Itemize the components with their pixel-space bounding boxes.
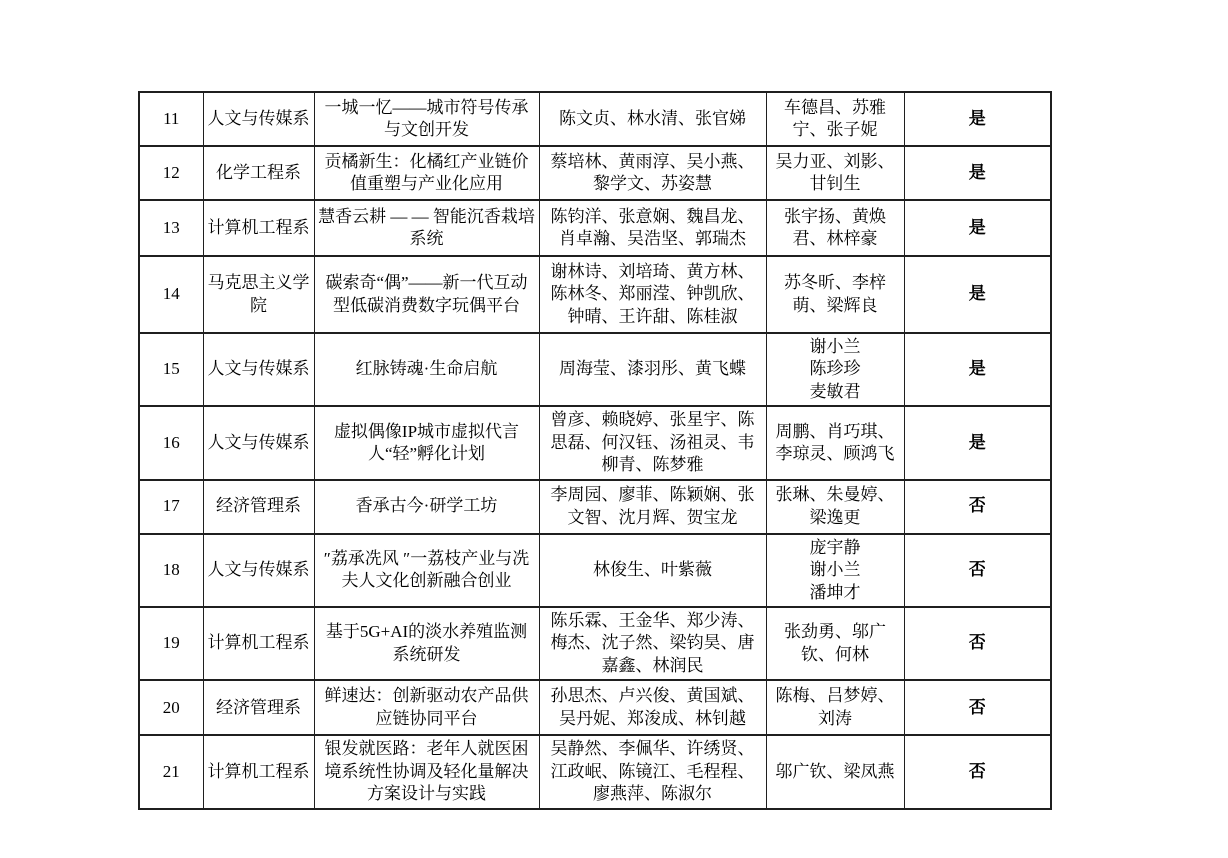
cell-serial: 16 [139, 406, 203, 479]
cell-flag: 否 [904, 480, 1051, 534]
cell-department: 计算机工程系 [203, 607, 314, 680]
cell-members: 蔡培林、黄雨淳、吴小燕、黎学文、苏姿慧 [539, 146, 766, 200]
table-row: 17 经济管理系 香承古今·研学工坊 李周园、廖菲、陈颖娴、张文智、沈月辉、贺宝… [139, 480, 1051, 534]
cell-flag: 否 [904, 735, 1051, 808]
document-page: 11 人文与传媒系 一城一忆——城市符号传承与文创开发 陈文贞、林水清、张官娣 … [0, 0, 1228, 858]
cell-project-title: 鲜速达：创新驱动农产品供应链协同平台 [314, 680, 539, 735]
cell-department: 化学工程系 [203, 146, 314, 200]
cell-members: 林俊生、叶紫薇 [539, 534, 766, 607]
cell-flag: 否 [904, 680, 1051, 735]
cell-project-title: 贡橘新生：化橘红产业链价值重塑与产业化应用 [314, 146, 539, 200]
cell-advisors: 张琳、朱曼婷、梁逸更 [766, 480, 904, 534]
table-row: 14 马克思主义学院 碳索奇“偶”——新一代互动型低碳消费数字玩偶平台 谢林诗、… [139, 256, 1051, 333]
cell-project-title: 虚拟偶像IP城市虚拟代言人“轻”孵化计划 [314, 406, 539, 479]
cell-project-title: 慧香云耕 — — 智能沉香栽培系统 [314, 200, 539, 256]
cell-members: 陈钧洋、张意娴、魏昌龙、肖卓瀚、吴浩坚、郭瑞杰 [539, 200, 766, 256]
cell-department: 人文与传媒系 [203, 333, 314, 406]
cell-project-title: 碳索奇“偶”——新一代互动型低碳消费数字玩偶平台 [314, 256, 539, 333]
cell-department: 人文与传媒系 [203, 406, 314, 479]
cell-flag: 是 [904, 146, 1051, 200]
cell-flag: 是 [904, 256, 1051, 333]
table-row: 18 人文与传媒系 ″荔承冼风 ″一荔枝产业与冼夫人文化创新融合创业 林俊生、叶… [139, 534, 1051, 607]
cell-flag: 否 [904, 607, 1051, 680]
cell-serial: 21 [139, 735, 203, 808]
cell-members: 曾彦、赖晓婷、张星宇、陈思磊、何汉钰、汤祖灵、韦柳青、陈梦雅 [539, 406, 766, 479]
cell-advisors: 周鹏、肖巧琪、李琼灵、顾鸿飞 [766, 406, 904, 479]
cell-flag: 是 [904, 92, 1051, 146]
cell-department: 马克思主义学院 [203, 256, 314, 333]
cell-advisors: 吴力亚、刘影、甘钊生 [766, 146, 904, 200]
cell-advisors: 庞宇静 谢小兰 潘坤才 [766, 534, 904, 607]
cell-members: 陈文贞、林水清、张官娣 [539, 92, 766, 146]
table-row: 21 计算机工程系 银发就医路：老年人就医困境系统性协调及轻化量解决方案设计与实… [139, 735, 1051, 808]
cell-serial: 18 [139, 534, 203, 607]
cell-project-title: 红脉铸魂·生命启航 [314, 333, 539, 406]
cell-serial: 15 [139, 333, 203, 406]
cell-flag: 是 [904, 333, 1051, 406]
cell-department: 经济管理系 [203, 480, 314, 534]
cell-advisors: 苏冬昕、李梓萌、梁辉良 [766, 256, 904, 333]
cell-members: 谢林诗、刘培琦、黄方林、陈林冬、郑丽滢、钟凯欣、钟晴、王许甜、陈桂淑 [539, 256, 766, 333]
cell-serial: 20 [139, 680, 203, 735]
cell-serial: 11 [139, 92, 203, 146]
table-row: 19 计算机工程系 基于5G+AI的淡水养殖监测系统研发 陈乐霖、王金华、郑少涛… [139, 607, 1051, 680]
cell-project-title: 香承古今·研学工坊 [314, 480, 539, 534]
cell-department: 计算机工程系 [203, 200, 314, 256]
cell-project-title: 基于5G+AI的淡水养殖监测系统研发 [314, 607, 539, 680]
cell-department: 人文与传媒系 [203, 92, 314, 146]
cell-serial: 12 [139, 146, 203, 200]
cell-members: 陈乐霖、王金华、郑少涛、梅杰、沈子然、梁钧昊、唐嘉鑫、林润民 [539, 607, 766, 680]
cell-advisors: 张劲勇、邬广钦、何林 [766, 607, 904, 680]
projects-table: 11 人文与传媒系 一城一忆——城市符号传承与文创开发 陈文贞、林水清、张官娣 … [138, 91, 1052, 810]
table-row: 13 计算机工程系 慧香云耕 — — 智能沉香栽培系统 陈钧洋、张意娴、魏昌龙、… [139, 200, 1051, 256]
table-row: 16 人文与传媒系 虚拟偶像IP城市虚拟代言人“轻”孵化计划 曾彦、赖晓婷、张星… [139, 406, 1051, 479]
cell-members: 孙思杰、卢兴俊、黄国斌、吴丹妮、郑浚成、林钊越 [539, 680, 766, 735]
cell-advisors: 陈梅、吕梦婷、刘涛 [766, 680, 904, 735]
cell-project-title: 一城一忆——城市符号传承与文创开发 [314, 92, 539, 146]
cell-advisors: 谢小兰 陈珍珍 麦敏君 [766, 333, 904, 406]
cell-advisors: 车德昌、苏雅宁、张子妮 [766, 92, 904, 146]
table-row: 20 经济管理系 鲜速达：创新驱动农产品供应链协同平台 孙思杰、卢兴俊、黄国斌、… [139, 680, 1051, 735]
cell-project-title: 银发就医路：老年人就医困境系统性协调及轻化量解决方案设计与实践 [314, 735, 539, 808]
cell-serial: 17 [139, 480, 203, 534]
table-row: 15 人文与传媒系 红脉铸魂·生命启航 周海莹、漆羽彤、黄飞蝶 谢小兰 陈珍珍 … [139, 333, 1051, 406]
table-row: 11 人文与传媒系 一城一忆——城市符号传承与文创开发 陈文贞、林水清、张官娣 … [139, 92, 1051, 146]
cell-flag: 否 [904, 534, 1051, 607]
cell-department: 经济管理系 [203, 680, 314, 735]
cell-flag: 是 [904, 200, 1051, 256]
cell-serial: 13 [139, 200, 203, 256]
table-row: 12 化学工程系 贡橘新生：化橘红产业链价值重塑与产业化应用 蔡培林、黄雨淳、吴… [139, 146, 1051, 200]
cell-members: 吴静然、李佩华、许绣贤、江政岷、陈镜江、毛程程、廖燕萍、陈淑尔 [539, 735, 766, 808]
cell-project-title: ″荔承冼风 ″一荔枝产业与冼夫人文化创新融合创业 [314, 534, 539, 607]
cell-department: 人文与传媒系 [203, 534, 314, 607]
cell-advisors: 张宇扬、黄焕君、林梓豪 [766, 200, 904, 256]
cell-serial: 19 [139, 607, 203, 680]
cell-department: 计算机工程系 [203, 735, 314, 808]
cell-members: 周海莹、漆羽彤、黄飞蝶 [539, 333, 766, 406]
cell-serial: 14 [139, 256, 203, 333]
cell-advisors: 邬广钦、梁凤燕 [766, 735, 904, 808]
cell-members: 李周园、廖菲、陈颖娴、张文智、沈月辉、贺宝龙 [539, 480, 766, 534]
cell-flag: 是 [904, 406, 1051, 479]
